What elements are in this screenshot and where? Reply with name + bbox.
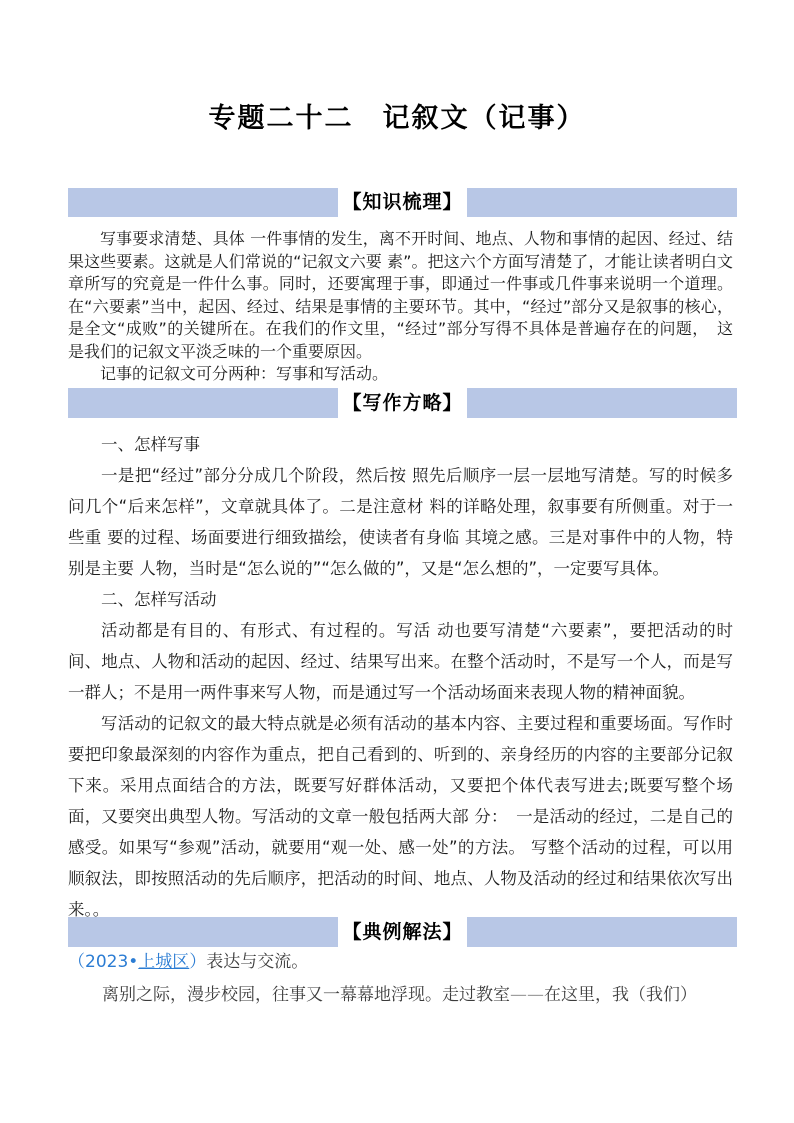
example-section: （2023•上城区）表达与交流。 离别之际，漫步校园，往事又一幕幕地浮现。走过教…: [68, 946, 733, 1012]
banner-strategy-label: 【写作方略】: [338, 388, 466, 418]
citation-region-link[interactable]: 上城区: [138, 952, 189, 972]
prompt-line: 离别之际，漫步校园，往事又一幕幕地浮现。走过教室——在这里，我（我们）: [68, 979, 733, 1012]
prompt-text-before-dash: 离别之际，漫步校园，往事又一幕幕地浮现。走过教室: [102, 985, 510, 1005]
citation-label: 表达与交流。: [206, 952, 308, 972]
section-banner-example: 【典例解法】: [68, 917, 737, 947]
prompt-text-after-dash: 在这里，我（我们）: [544, 985, 697, 1005]
section-banner-knowledge: 【知识梳理】: [68, 188, 737, 217]
strategy-paragraph-1: 一是把“经过”部分分成几个阶段，然后按 照先后顺序一层一层地写清楚。写的时候多问…: [68, 460, 733, 584]
knowledge-section: 写事要求清楚、具体 一件事情的发生，离不开时间、地点、人物和事情的起因、经过、结…: [68, 228, 733, 386]
section-banner-strategy: 【写作方略】: [68, 388, 737, 418]
citation-suffix: ）: [189, 952, 206, 972]
document-page: 专题二十二 记叙文（记事） 【知识梳理】 写事要求清楚、具体 一件事情的发生，离…: [0, 0, 794, 1123]
page-title: 专题二十二 记叙文（记事）: [0, 96, 794, 135]
banner-knowledge-label: 【知识梳理】: [338, 188, 466, 217]
citation-prefix: （2023•: [68, 952, 138, 972]
strategy-paragraph-2: 活动都是有目的、有形式、有过程的。写活 动也要写清楚“六要素”，要把活动的时间、…: [68, 615, 733, 708]
strategy-section: 一、怎样写事 一是把“经过”部分分成几个阶段，然后按 照先后顺序一层一层地写清楚…: [68, 429, 733, 925]
strategy-heading-2: 二、怎样写活动: [68, 584, 733, 615]
strategy-heading-1: 一、怎样写事: [68, 429, 733, 460]
knowledge-paragraph-2: 记事的记叙文可分两种：写事和写活动。: [68, 363, 733, 386]
knowledge-paragraph-1: 写事要求清楚、具体 一件事情的发生，离不开时间、地点、人物和事情的起因、经过、结…: [68, 228, 733, 363]
banner-example-label: 【典例解法】: [338, 917, 466, 947]
citation-line: （2023•上城区）表达与交流。: [68, 946, 733, 979]
strategy-paragraph-3: 写活动的记叙文的最大特点就是必须有活动的基本内容、主要过程和重要场面。写作时要把…: [68, 708, 733, 925]
prompt-dash: ——: [510, 985, 544, 1005]
